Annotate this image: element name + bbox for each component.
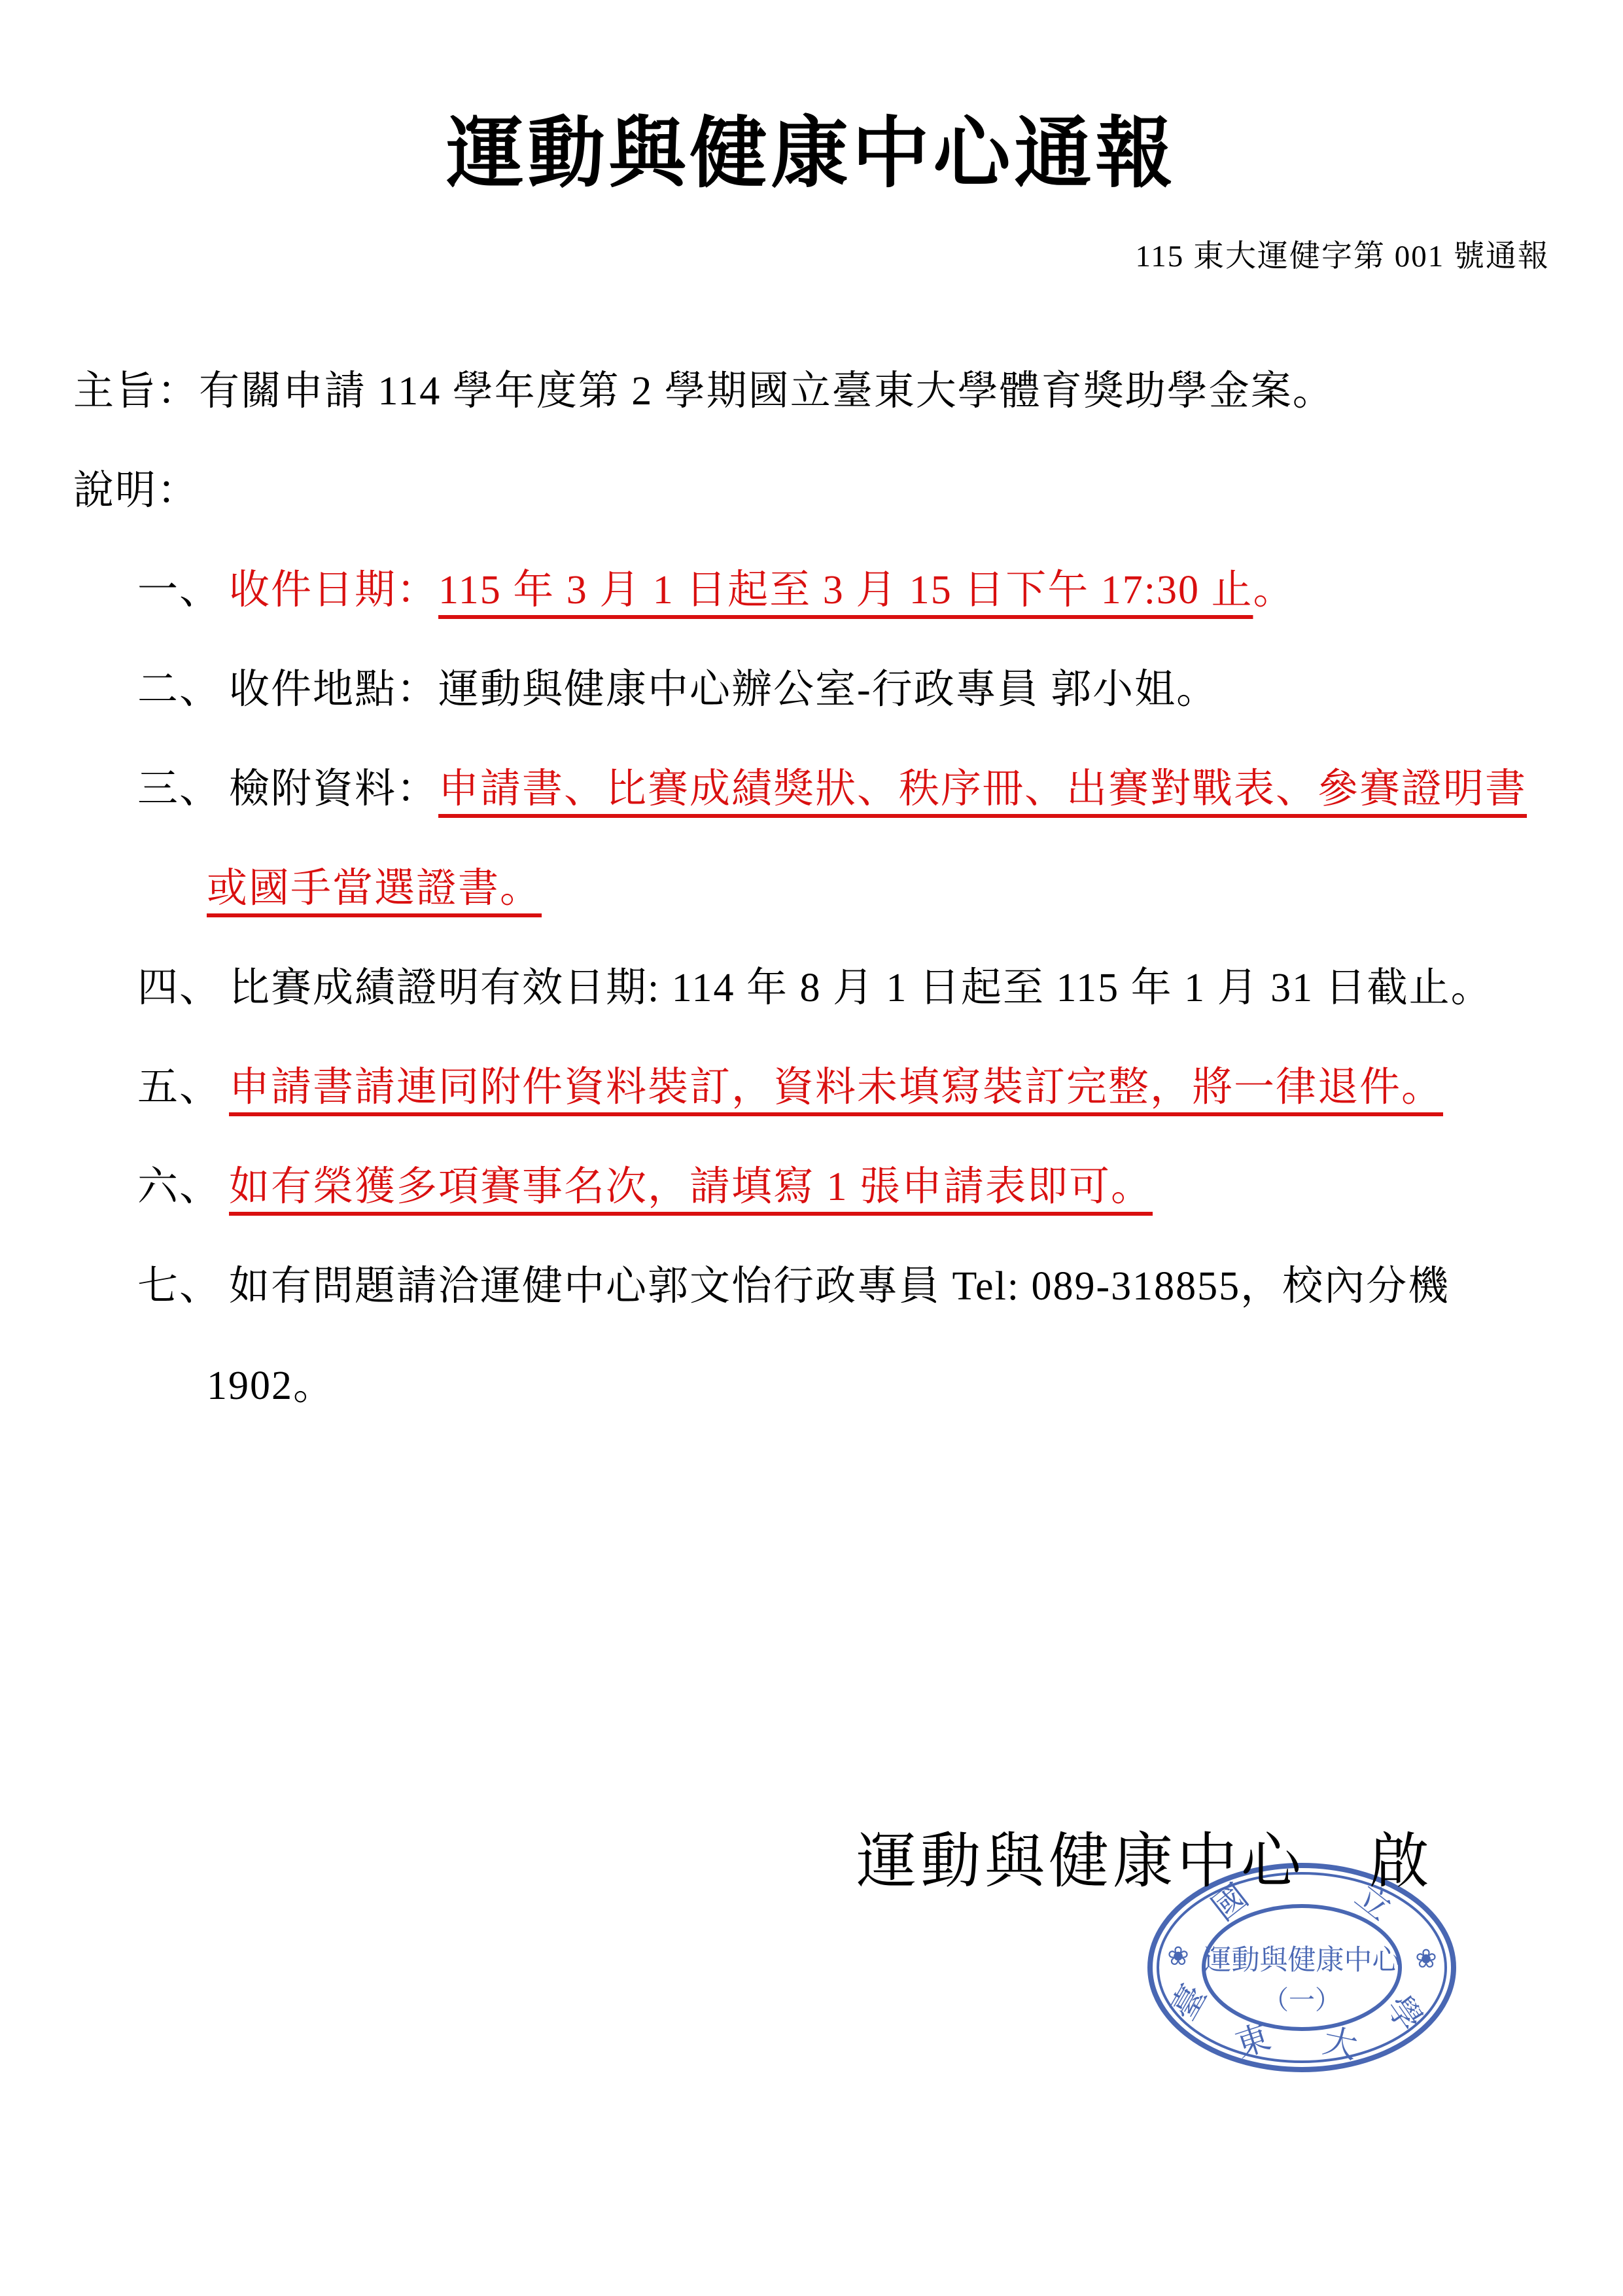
item-text-segment: 。 (1253, 568, 1295, 612)
document-page: 運動與健康中心通報 115 東大運健字第 001 號通報 主旨：有關申請 114… (0, 0, 1623, 2296)
item-number: 四、 (137, 966, 221, 1010)
list-item: 五、申請書請連同附件資料裝訂，資料未填寫裝訂完整，將一律退件。 (73, 1038, 1550, 1137)
subject-label: 主旨： (73, 369, 199, 414)
item-number: 三、 (137, 767, 221, 811)
item-text-segment: 收件日期： (229, 568, 438, 612)
list-item: 六、如有榮獲多項賽事名次，請填寫 1 張申請表即可。 (73, 1137, 1550, 1237)
subject-text: 有關申請 114 學年度第 2 學期國立臺東大學體育獎助學金案。 (199, 369, 1335, 414)
item-text-segment: 115 年 3 月 1 日起至 3 月 15 日下午 17:30 止 (438, 568, 1253, 612)
list-item: 二、收件地點：運動與健康中心辦公室-行政專員 郭小姐。 (73, 640, 1550, 739)
item-text-segment: 或國手當選證書。 (207, 866, 542, 911)
item-number: 一、 (137, 568, 221, 612)
doc-number: 115 東大運健字第 001 號通報 (73, 237, 1550, 276)
item-text-segment: 比賽成績證明有效日期: 114 年 8 月 1 日起至 115 年 1 月 31… (229, 966, 1493, 1010)
explanation-list: 一、收件日期：115 年 3 月 1 日起至 3 月 15 日下午 17:30 … (73, 540, 1550, 1436)
list-item: 三、檢附資料：申請書、比賽成績獎狀、秩序冊、出賽對戰表、參賽證明書或國手當選證書… (73, 739, 1550, 938)
item-text-segment: 如有問題請洽運健中心郭文怡行政專員 Tel: 089-318855，校內分機 (229, 1264, 1450, 1309)
item-text-segment: 1902。 (207, 1364, 335, 1408)
stamp-ring-char: 大 (1319, 2022, 1361, 2066)
signature: 運動與健康中心 啟 (856, 1826, 1433, 1898)
page-title: 運動與健康中心通報 (73, 108, 1550, 201)
item-number: 七、 (137, 1264, 221, 1309)
subject-line: 主旨：有關申請 114 學年度第 2 學期國立臺東大學體育獎助學金案。 (73, 342, 1550, 441)
stamp-flower-icon: ❀ (1415, 1944, 1437, 1973)
stamp-flower-icon: ❀ (1167, 1941, 1189, 1971)
item-text-segment: 申請書請連同附件資料裝訂，資料未填寫裝訂完整，將一律退件。 (229, 1065, 1443, 1110)
list-item: 四、比賽成績證明有效日期: 114 年 8 月 1 日起至 115 年 1 月 … (73, 938, 1550, 1038)
stamp-center-text: 運動與健康中心 (1204, 1945, 1402, 1976)
item-text-segment: 收件地點：運動與健康中心辦公室-行政專員 郭小姐。 (229, 667, 1218, 712)
item-number: 二、 (137, 667, 221, 712)
item-number: 五、 (137, 1065, 221, 1110)
item-text-segment: 如有榮獲多項賽事名次，請填寫 1 張申請表即可。 (229, 1165, 1153, 1209)
item-number: 六、 (137, 1165, 221, 1209)
explanation-label: 說明： (73, 441, 1550, 540)
item-text-segment: 申請書、比賽成績獎狀、秩序冊、出賽對戰表、參賽證明書 (438, 767, 1527, 811)
list-item: 七、如有問題請洽運健中心郭文怡行政專員 Tel: 089-318855，校內分機… (73, 1237, 1550, 1436)
document-body: 主旨：有關申請 114 學年度第 2 學期國立臺東大學體育獎助學金案。 說明： … (73, 342, 1550, 1436)
stamp-center-subtext: （一） (1263, 1985, 1341, 2015)
item-text-segment: 檢附資料： (229, 767, 438, 811)
list-item: 一、收件日期：115 年 3 月 1 日起至 3 月 15 日下午 17:30 … (73, 540, 1550, 640)
